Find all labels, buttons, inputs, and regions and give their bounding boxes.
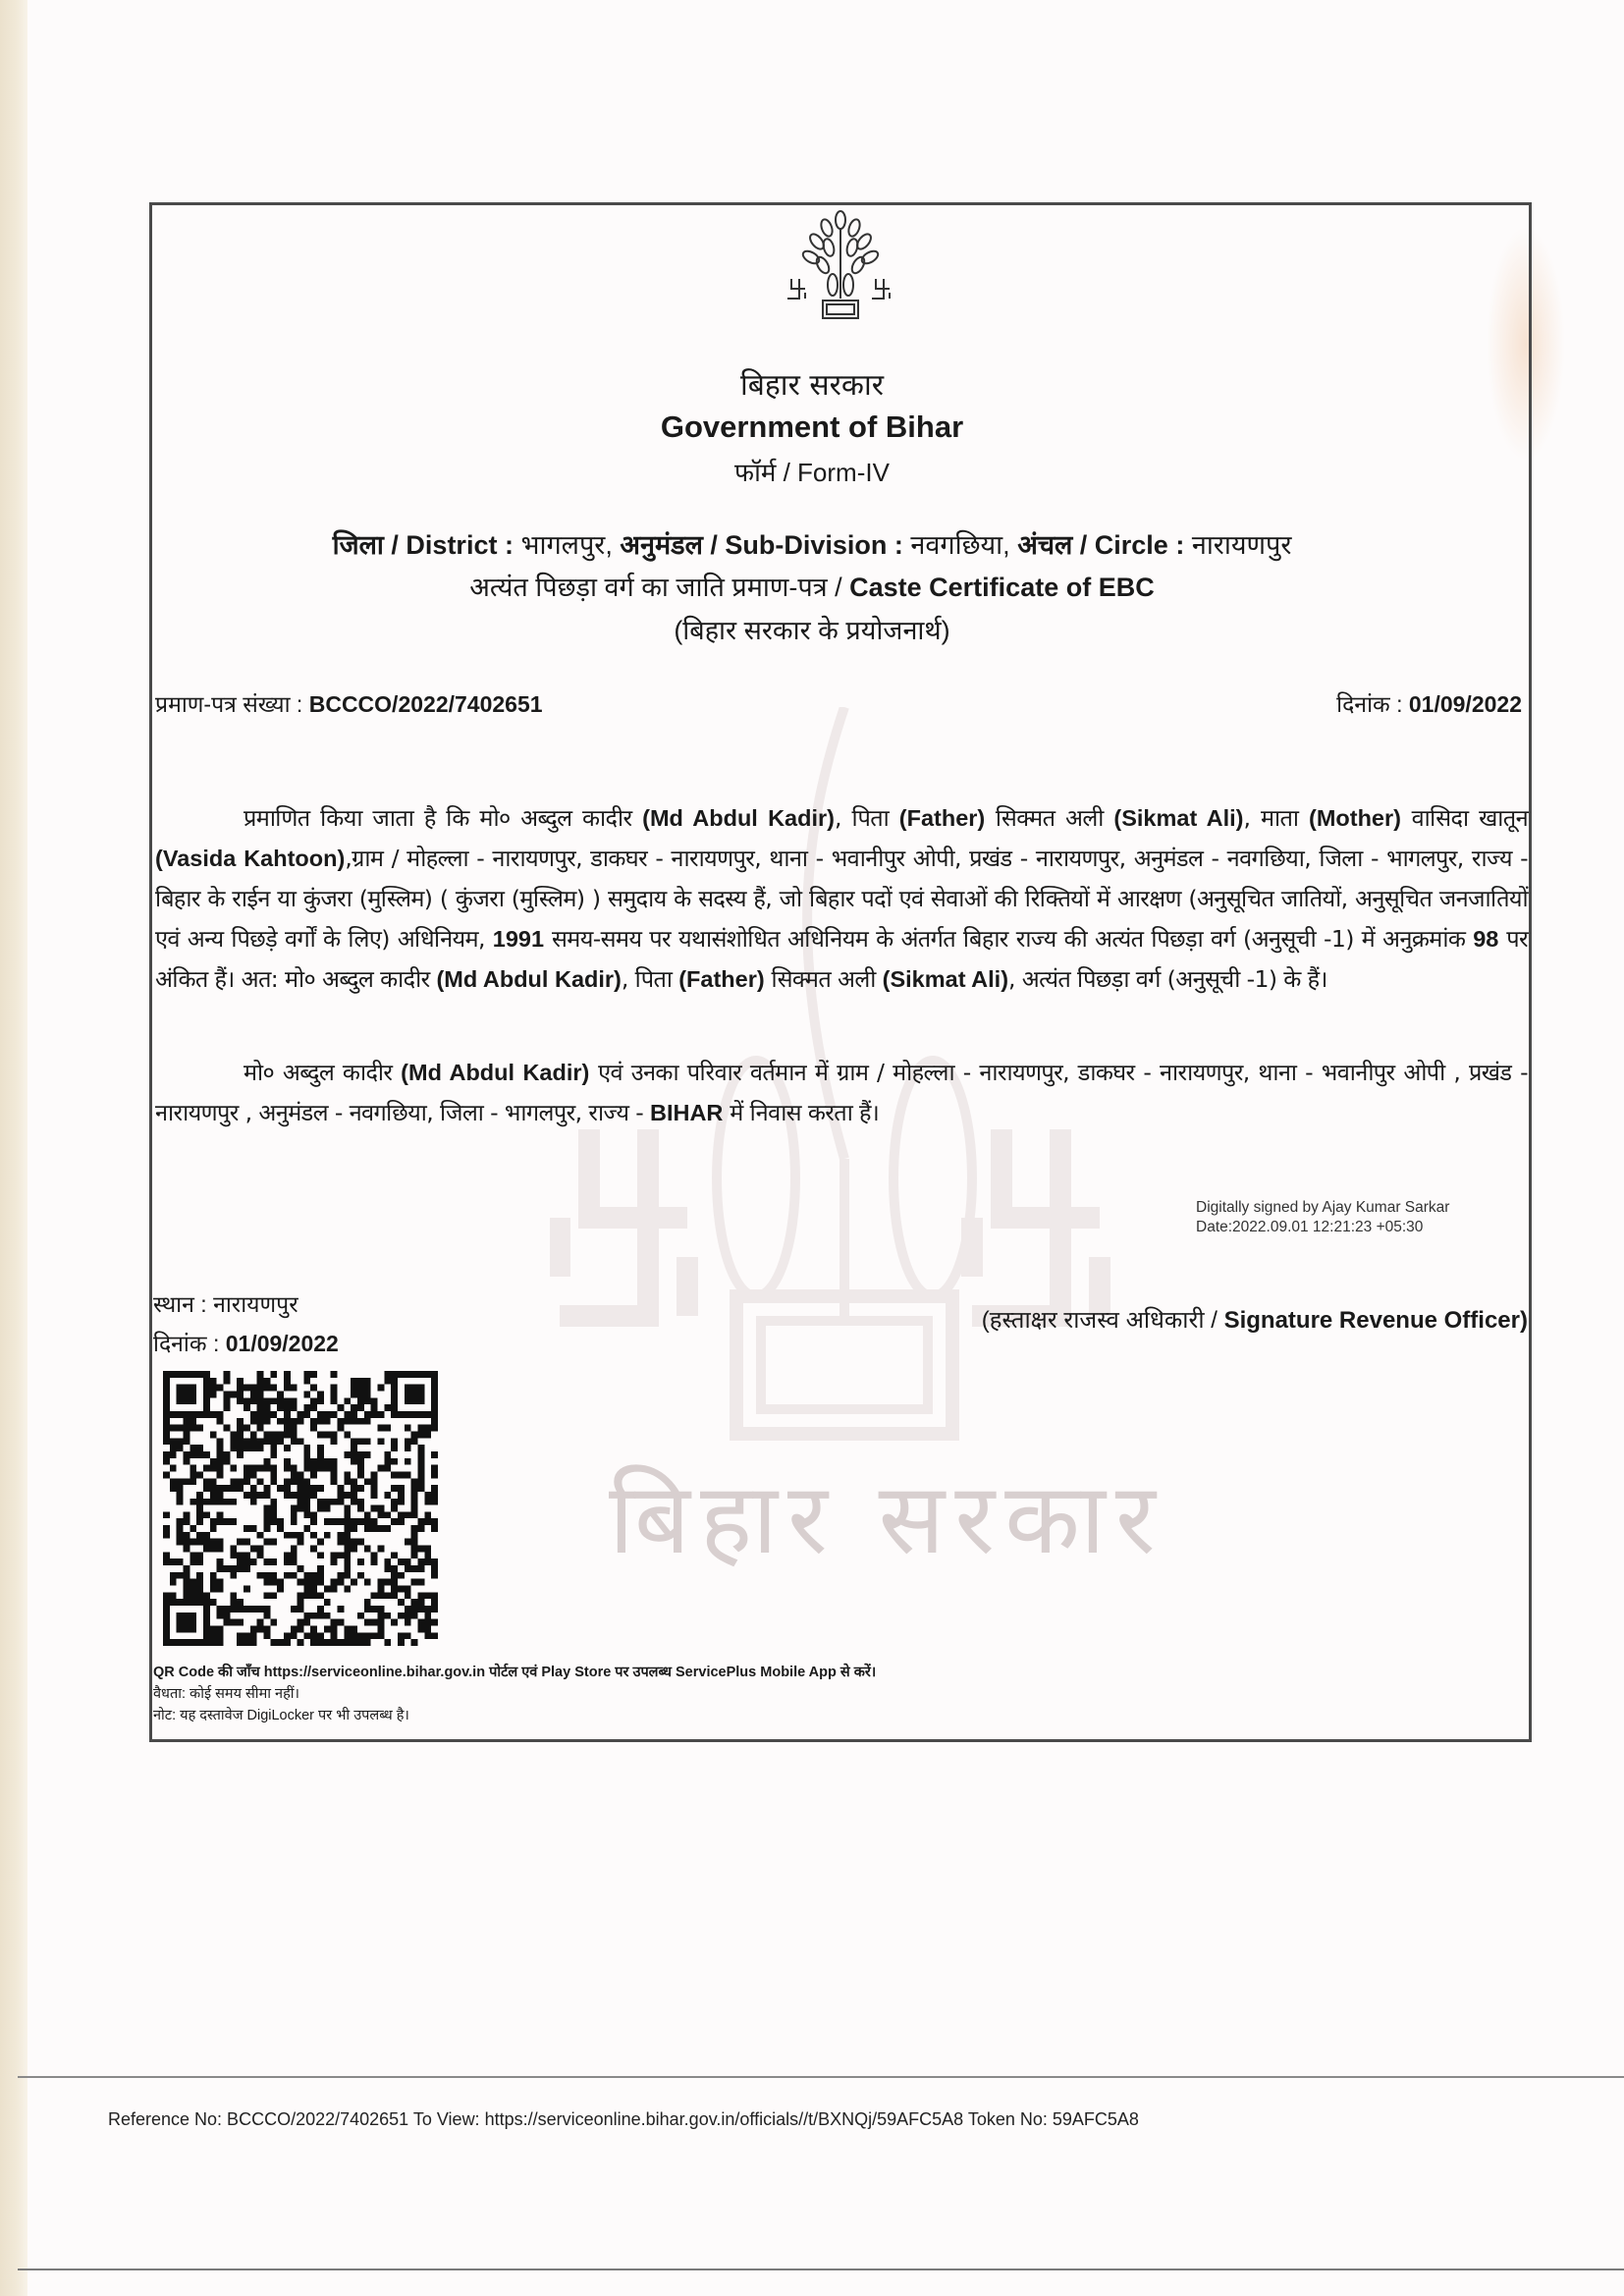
body-text: समय-समय पर यथासंशोधित अधिनियम के अंतर्गत… [544,925,1473,953]
certificate-title-english: Caste Certificate of EBC [849,573,1155,602]
signatory-english: Signature Revenue Officer) [1224,1307,1528,1334]
certificate-number-label: प्रमाण-पत्र संख्या : [155,691,302,717]
header-title: Government of Bihar [0,410,1624,445]
digital-signature-signer: Digitally signed by Ajay Kumar Sarkar [1196,1198,1449,1218]
subdivision-value: नवगछिया, [910,530,1009,560]
emphasized-text: (Father) [899,805,985,831]
district-value: भागलपुर, [520,530,612,560]
body-text: में निवास करता हैं। [723,1099,879,1126]
form-label-text: फॉर्म / Form-IV [734,458,890,487]
body-text: सिक्मत अली [765,965,883,993]
bihar-emblem-icon [784,208,897,322]
emphasized-text: 98 [1473,926,1498,952]
certificate-title: अत्यंत पिछड़ा वर्ग का जाति प्रमाण-पत्र /… [0,568,1624,604]
notes-block: QR Code की जाँच https://serviceonline.bi… [153,1662,876,1726]
district-label: जिला / District : [333,530,514,560]
circle-value: नारायणपुर [1192,530,1292,560]
header-title-hindi: बिहार सरकार [0,363,1624,404]
subdivision-label: अनुमंडल / Sub-Division : [620,530,903,560]
place-value: नारायणपुर [213,1291,298,1317]
form-label: फॉर्म / Form-IV [0,454,1624,489]
certificate-purpose: (बिहार सरकार के प्रयोजनार्थ) [0,611,1624,647]
issue-date: दिनांक : 01/09/2022 [1336,687,1522,719]
emphasized-text: (Mother) [1309,805,1401,831]
body-text: , पिता [835,804,899,832]
emphasized-text: (Father) [678,966,764,992]
issue-date-value: 01/09/2022 [1409,691,1522,717]
body-text: , अत्यंत पिछड़ा वर्ग (अनुसूची -1) के हैं… [1008,965,1327,993]
signatory-hindi: (हस्ताक्षर राजस्व अधिकारी / [982,1307,1218,1334]
emphasized-text: (Md Abdul Kadir) [436,966,621,992]
body-text: , माता [1244,804,1309,832]
digilocker-note: नोट: यह दस्तावेज DigiLocker पर भी उपलब्ध… [153,1705,876,1726]
issue-date-label: दिनांक : [1336,691,1402,717]
paragraph-1-content: प्रमाणित किया जाता है कि मो० अब्दुल कादी… [155,804,1528,993]
body-text: मो० अब्दुल कादीर [244,1059,401,1086]
digital-signature-block: Digitally signed by Ajay Kumar Sarkar Da… [1196,1198,1449,1237]
body-text: वासिदा खातून [1401,804,1528,832]
digital-signature-date: Date:2022.09.01 12:21:23 +05:30 [1196,1218,1449,1237]
certificate-title-hindi: अत्यंत पिछड़ा वर्ग का जाति प्रमाण-पत्र / [469,573,841,602]
signature-date: दिनांक : 01/09/2022 [153,1324,339,1363]
certificate-number: प्रमाण-पत्र संख्या : BCCCO/2022/7402651 [155,687,543,719]
scan-edge [0,0,27,2296]
paragraph-2-content: मो० अब्दुल कादीर (Md Abdul Kadir) एवं उन… [155,1059,1528,1126]
qr-verification-note: QR Code की जाँच https://serviceonline.bi… [153,1662,876,1683]
body-text: , पिता [622,965,678,993]
qr-code-icon[interactable] [159,1371,442,1646]
footer-reference: Reference No: BCCCO/2022/7402651 To View… [108,2109,1139,2130]
place-date-block: स्थान : नारायणपुर दिनांक : 01/09/2022 [153,1285,339,1363]
signatory-line: (हस्ताक्षर राजस्व अधिकारी / Signature Re… [982,1303,1528,1336]
district-line: जिला / District : भागलपुर, अनुमंडल / Sub… [0,525,1624,562]
validity-note: वैधता: कोई समय सीमा नहीं। [153,1683,876,1705]
page-bottom-edge [18,2269,1624,2270]
place: स्थान : नारायणपुर [153,1285,339,1324]
body-text: प्रमाणित किया जाता है कि मो० अब्दुल कादी… [244,804,642,832]
emphasized-text: (Sikmat Ali) [1113,805,1243,831]
emphasized-text: (Vasida Kahtoon) [155,846,345,871]
certificate-body-paragraph-1: प्रमाणित किया जाता है कि मो० अब्दुल कादी… [155,798,1528,1000]
emphasized-text: (Sikmat Ali) [883,966,1008,992]
signature-date-value: 01/09/2022 [226,1331,339,1356]
footer-divider [18,2076,1624,2078]
signature-date-label: दिनांक : [153,1331,219,1356]
emphasized-text: 1991 [493,926,544,952]
body-text: सिक्मत अली [985,804,1113,832]
place-label: स्थान : [153,1291,207,1317]
circle-label: अंचल / Circle : [1017,530,1184,560]
emphasized-text: (Md Abdul Kadir) [642,805,835,831]
emphasized-text: (Md Abdul Kadir) [401,1060,589,1085]
certificate-body-paragraph-2: मो० अब्दुल कादीर (Md Abdul Kadir) एवं उन… [155,1053,1528,1133]
certificate-number-value: BCCCO/2022/7402651 [309,691,543,717]
emphasized-text: BIHAR [650,1100,723,1125]
